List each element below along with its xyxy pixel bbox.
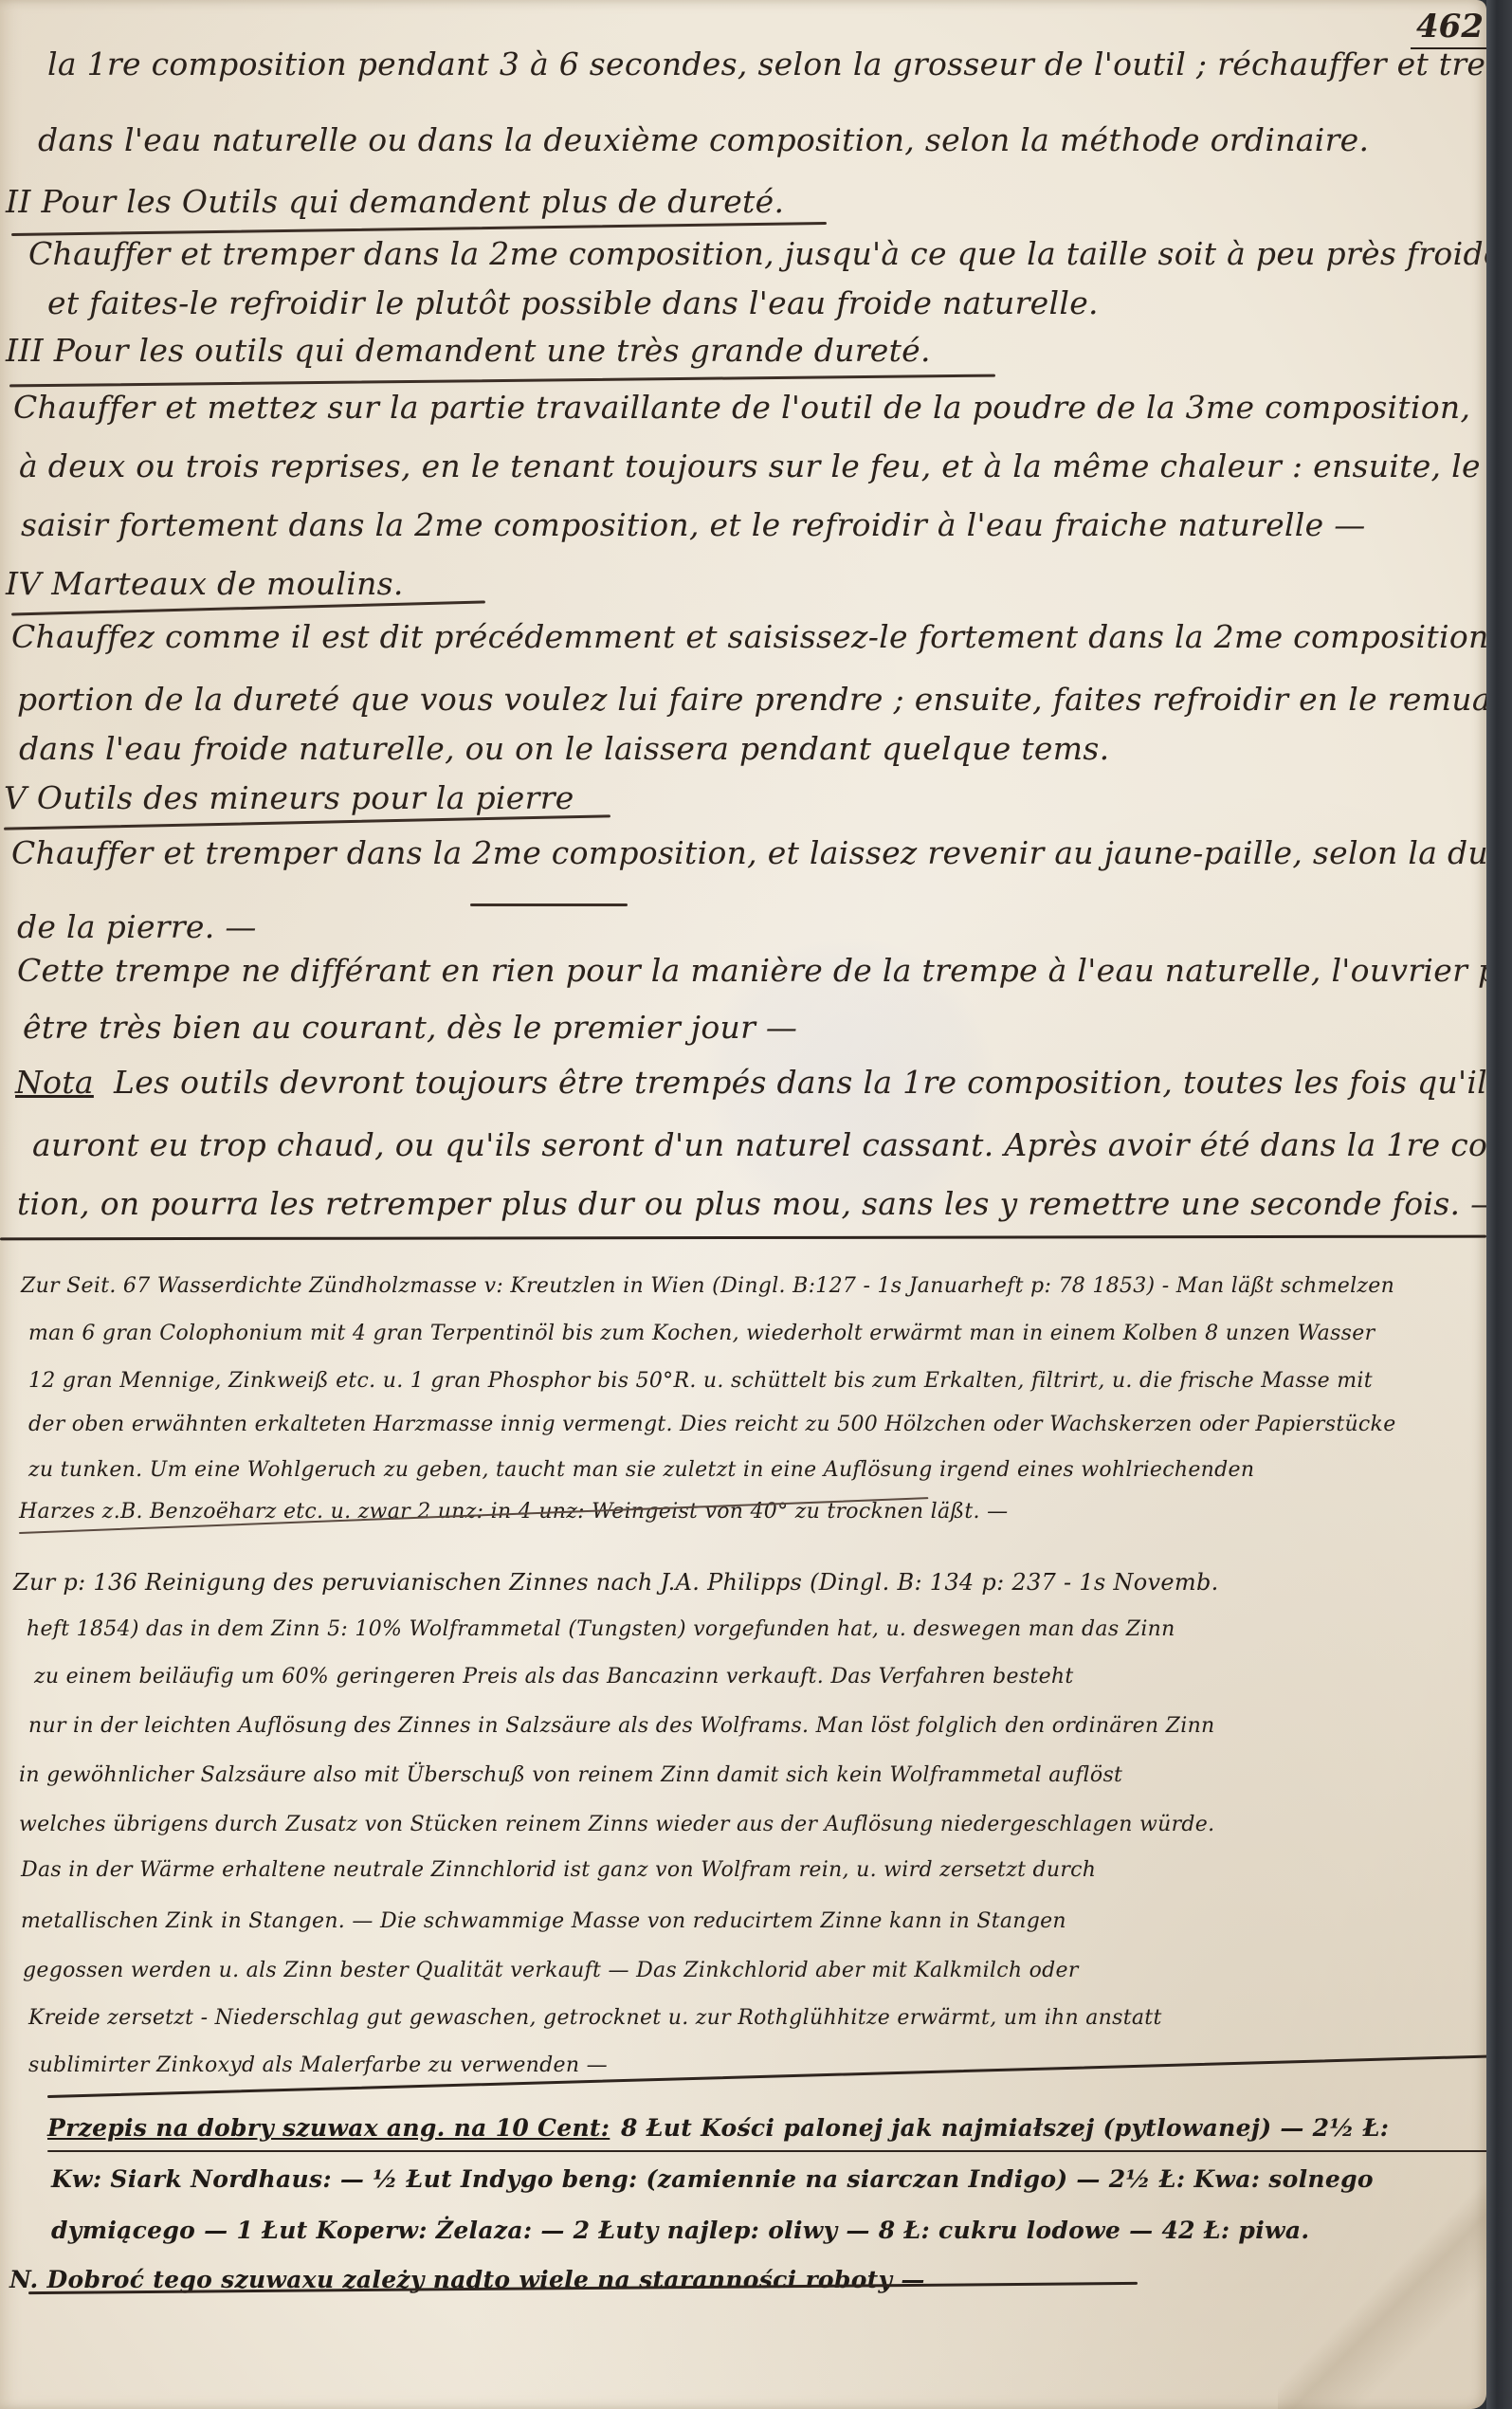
german-note2-line-4: nur in der leichten Auflösung des Zinnes… (28, 1712, 1215, 1741)
section-iv-line-1: Chauffez comme il est dit précédemment e… (11, 618, 1512, 656)
section-v-line-3: Cette trempe ne différant en rien pour l… (17, 952, 1512, 990)
nota-line-1: Les outils devront toujours être trempés… (114, 1064, 1503, 1102)
section-v-line-2: de la pierre. — (17, 908, 257, 946)
polish-heading-rule (47, 2150, 1488, 2152)
french-intro-line-2: dans l'eau naturelle ou dans la deuxième… (38, 121, 1369, 159)
german-note2-line-1: Zur p: 136 Reinigung des peruvianischen … (13, 1568, 1219, 1597)
short-separator (470, 903, 628, 906)
german-note1-line-1: Zur Seit. 67 Wasserdichte Zündholzmasse … (21, 1272, 1394, 1301)
german-note2-line-3: zu einem beiläufig um 60% geringeren Pre… (34, 1663, 1074, 1691)
german-note1-line-3: 12 gran Mennige, Zinkweiß etc. u. 1 gran… (28, 1367, 1373, 1396)
german-note2-line-7: Das in der Wärme erhaltene neutrale Zinn… (21, 1856, 1096, 1885)
section-iii-heading: III Pour les outils qui demandent une tr… (6, 332, 931, 370)
section-iii-line-3: saisir fortement dans la 2me composition… (21, 506, 1366, 544)
polish-note-line-2: Kw: Siark Nordhaus: — ½ Łut Indygo beng:… (51, 2163, 1374, 2196)
german-note1-line-5: zu tunken. Um eine Wohlgeruch zu geben, … (28, 1456, 1254, 1485)
french-intro-line-1: la 1re composition pendant 3 à 6 seconde… (47, 46, 1512, 83)
german-note2-line-2: heft 1854) das in dem Zinn 5: 10% Wolfra… (27, 1615, 1175, 1644)
section-iv-line-2: portion de la dureté que vous voulez lui… (17, 681, 1512, 719)
polish-note-line-3: dymiącego — 1 Łut Koperw: Żelaza: — 2 Łu… (51, 2215, 1309, 2247)
section-v-line-1: Chauffer et tremper dans la 2me composit… (11, 834, 1512, 872)
section-divider-1 (0, 1235, 1486, 1241)
nota-label: Nota (15, 1064, 94, 1102)
german-note2-line-8: metallischen Zink in Stangen. — Die schw… (21, 1907, 1066, 1936)
german-note2-line-6: welches übrigens durch Zusatz von Stücke… (19, 1811, 1214, 1839)
section-iii-line-2: à deux ou trois reprises, en le tenant t… (19, 447, 1481, 485)
nota-line-3: tion, on pourra les retremper plus dur o… (17, 1185, 1502, 1223)
section-ii-line-2: et faites-le refroidir le plutôt possibl… (47, 284, 1099, 322)
german-note1-line-4: der oben erwähnten erkalteten Harzmasse … (28, 1411, 1396, 1439)
german-note1-line-2: man 6 gran Colophonium mit 4 gran Terpen… (28, 1320, 1375, 1348)
german-note2-line-5: in gewöhnlicher Salzsäure also mit Übers… (19, 1761, 1122, 1790)
german-note2-line-11: sublimirter Zinkoxyd als Malerfarbe zu v… (28, 2052, 608, 2080)
section-iii-line-1: Chauffer et mettez sur la partie travail… (13, 389, 1470, 427)
german-note2-line-10: Kreide zersetzt - Niederschlag gut gewas… (28, 2004, 1162, 2033)
section-ii-heading: II Pour les Outils qui demandent plus de… (6, 183, 784, 221)
section-v-line-4: être très bien au courant, dès le premie… (23, 1009, 797, 1047)
polish-note-heading: Przepis na dobry szuwax ang. na 10 Cent: (47, 2112, 610, 2144)
german-note2-line-9: gegossen werden u. als Zinn bester Quali… (23, 1957, 1079, 1985)
manuscript-page: 462 la 1re composition pendant 3 à 6 sec… (0, 0, 1486, 2409)
section-v-heading: V Outils des mineurs pour la pierre (4, 779, 574, 817)
section-ii-line-1: Chauffer et tremper dans la 2me composit… (28, 235, 1503, 273)
nota-line-2: auront eu trop chaud, ou qu'ils seront d… (32, 1126, 1512, 1164)
section-ii-underline (11, 222, 827, 236)
section-iii-underline (9, 374, 995, 388)
section-iv-line-3: dans l'eau froide naturelle, ou on le la… (19, 730, 1109, 768)
polish-note-line-1: 8 Łut Kości palonej jak najmiałszej (pyt… (621, 2112, 1389, 2144)
book-binding-edge (1486, 0, 1512, 2409)
section-iv-heading: IV Marteaux de moulins. (6, 565, 404, 603)
page-number: 462 (1411, 8, 1489, 49)
